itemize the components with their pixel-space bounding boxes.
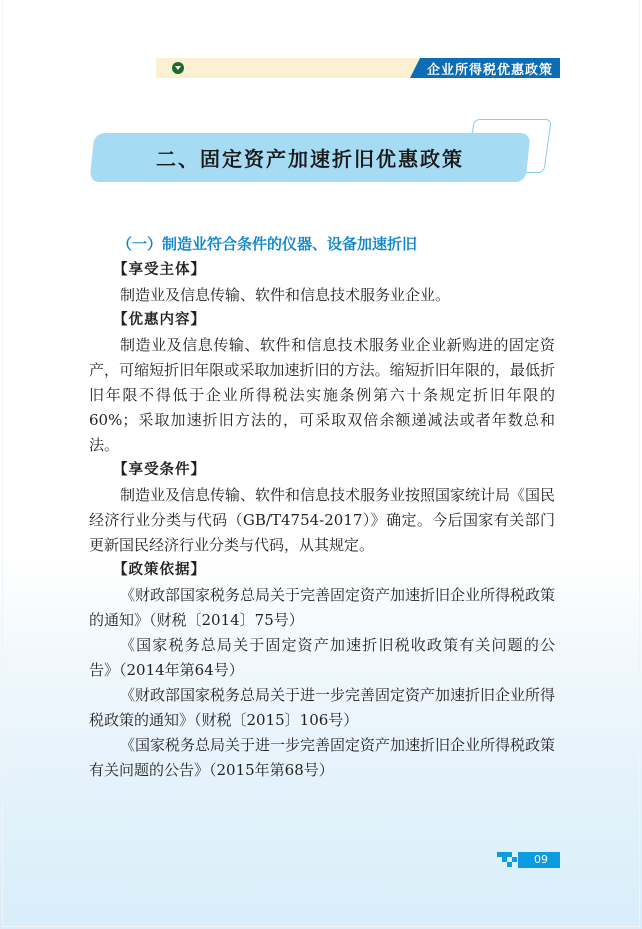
page-number-badge: 09 xyxy=(497,852,560,868)
label-policy-basis: 【政策依据】 xyxy=(113,558,555,583)
running-header-tab: 企业所得税优惠政策 xyxy=(410,58,560,78)
paragraph-eligibility-conditions: 制造业及信息传输、软件和信息技术服务业按照国家统计局《国民经济行业分类与代码（G… xyxy=(89,483,555,558)
paragraph-preferential-content: 制造业及信息传输、软件和信息技术服务业企业新购进的固定资产，可缩短折旧年限或采取… xyxy=(89,333,555,458)
label-eligibility-conditions: 【享受条件】 xyxy=(113,458,555,483)
section-heading: （一）制造业符合条件的仪器、设备加速折旧 xyxy=(117,230,555,258)
page-number: 09 xyxy=(518,852,560,868)
chevron-down-circle-icon xyxy=(172,62,184,74)
running-header-title: 企业所得税优惠政策 xyxy=(427,59,553,78)
chapter-title: 二、固定资产加速折旧优惠政策 xyxy=(92,133,528,182)
policy-reference: 《财政部国家税务总局关于进一步完善固定资产加速折旧企业所得税政策的通知》（财税〔… xyxy=(89,683,555,733)
section-content: （一）制造业符合条件的仪器、设备加速折旧 【享受主体】 制造业及信息传输、软件和… xyxy=(89,230,555,783)
policy-reference: 《国家税务总局关于固定资产加速折旧税收政策有关问题的公告》（2014年第64号） xyxy=(89,633,555,683)
paragraph-eligible-entity: 制造业及信息传输、软件和信息技术服务业企业。 xyxy=(89,283,555,308)
policy-reference: 《国家税务总局关于进一步完善固定资产加速折旧企业所得税政策有关问题的公告》（20… xyxy=(89,733,555,783)
label-preferential-content: 【优惠内容】 xyxy=(113,308,555,333)
policy-reference: 《财政部国家税务总局关于完善固定资产加速折旧企业所得税政策的通知》（财税〔201… xyxy=(89,583,555,633)
running-header: 企业所得税优惠政策 xyxy=(156,58,560,78)
label-eligible-entity: 【享受主体】 xyxy=(113,258,555,283)
